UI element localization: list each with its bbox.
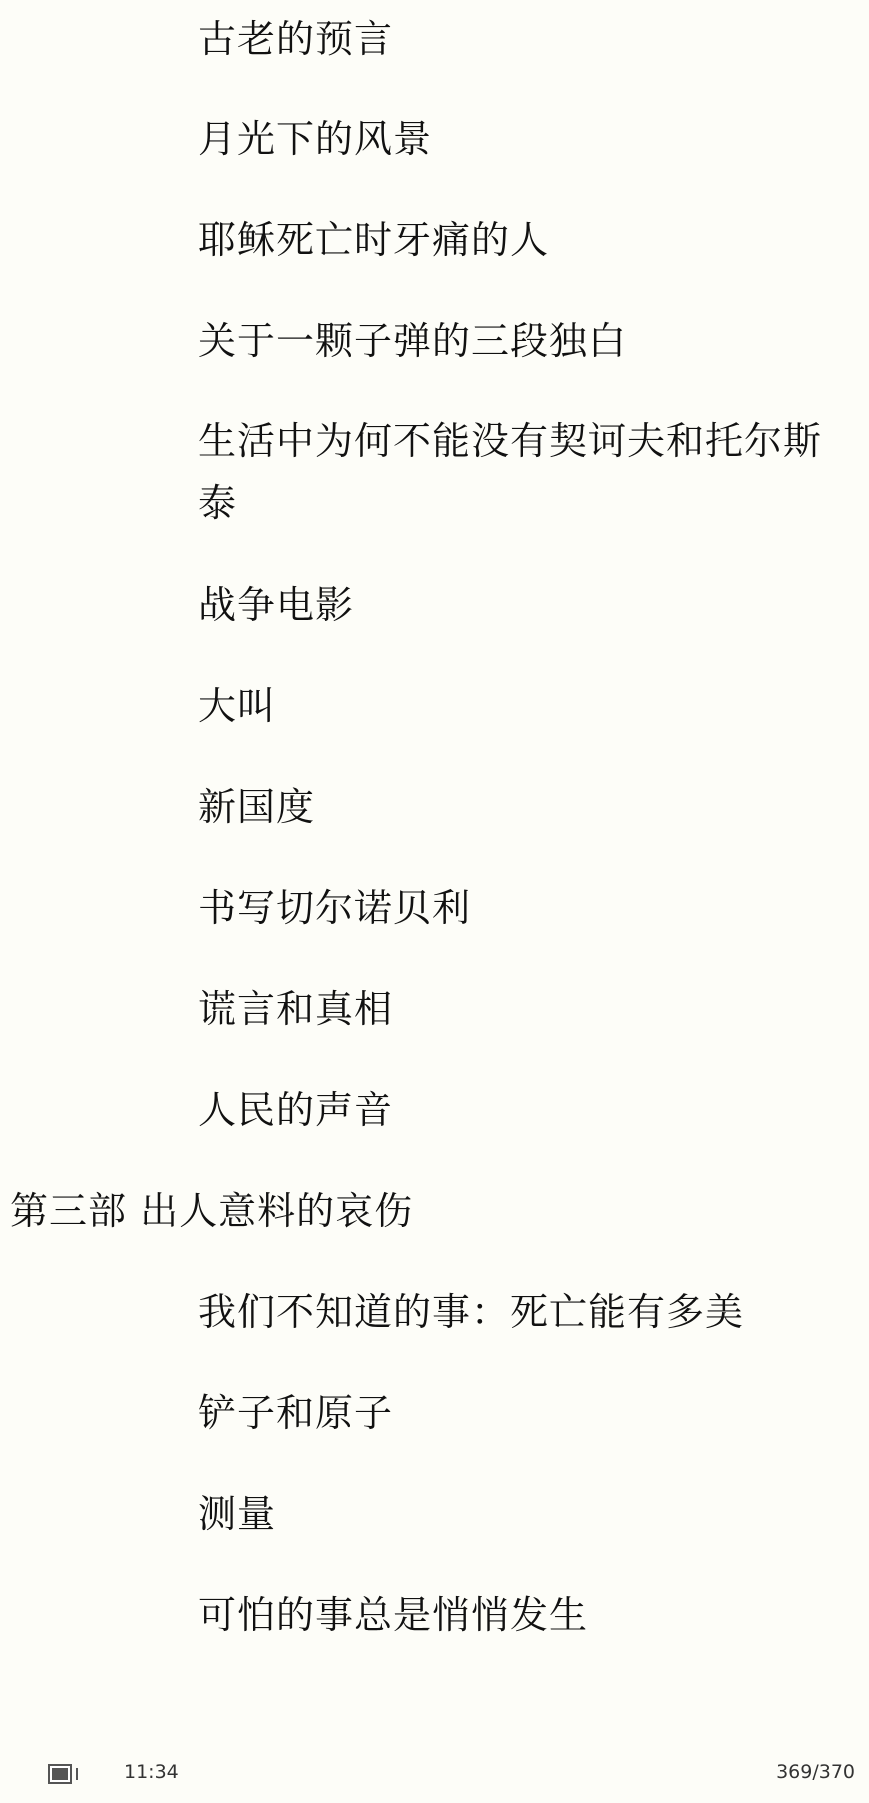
- toc-entry[interactable]: 可怕的事总是悄悄发生: [198, 1590, 588, 1640]
- toc-entry[interactable]: 古老的预言: [198, 14, 393, 64]
- toc-entry[interactable]: 书写切尔诺贝利: [198, 883, 471, 933]
- toc-entry[interactable]: 我们不知道的事：死亡能有多美: [198, 1287, 744, 1337]
- clock-time: 11:34: [124, 1761, 179, 1783]
- toc-entry[interactable]: 月光下的风景: [198, 114, 432, 164]
- battery-tip: [76, 1768, 78, 1780]
- toc-part-heading[interactable]: 第三部 出人意料的哀伤: [10, 1186, 413, 1236]
- toc-entry[interactable]: 测量: [198, 1489, 276, 1539]
- status-bar: 11:34 369/370: [0, 1755, 869, 1795]
- battery-icon: [48, 1764, 72, 1784]
- toc-entry[interactable]: 人民的声音: [198, 1085, 393, 1135]
- toc-entry[interactable]: 铲子和原子: [198, 1388, 393, 1438]
- toc-entry[interactable]: 关于一颗子弹的三段独白: [198, 316, 627, 366]
- toc-entry[interactable]: 谎言和真相: [198, 984, 393, 1034]
- toc-entry[interactable]: 大叫: [198, 681, 276, 731]
- battery-level: [52, 1768, 68, 1780]
- toc-entry[interactable]: 耶稣死亡时牙痛的人: [198, 215, 549, 265]
- toc-entry[interactable]: 战争电影: [198, 580, 354, 630]
- toc-entry[interactable]: 新国度: [198, 782, 315, 832]
- toc-entry[interactable]: 生活中为何不能没有契诃夫和托尔斯泰: [198, 410, 858, 534]
- page-indicator: 369/370: [776, 1761, 855, 1783]
